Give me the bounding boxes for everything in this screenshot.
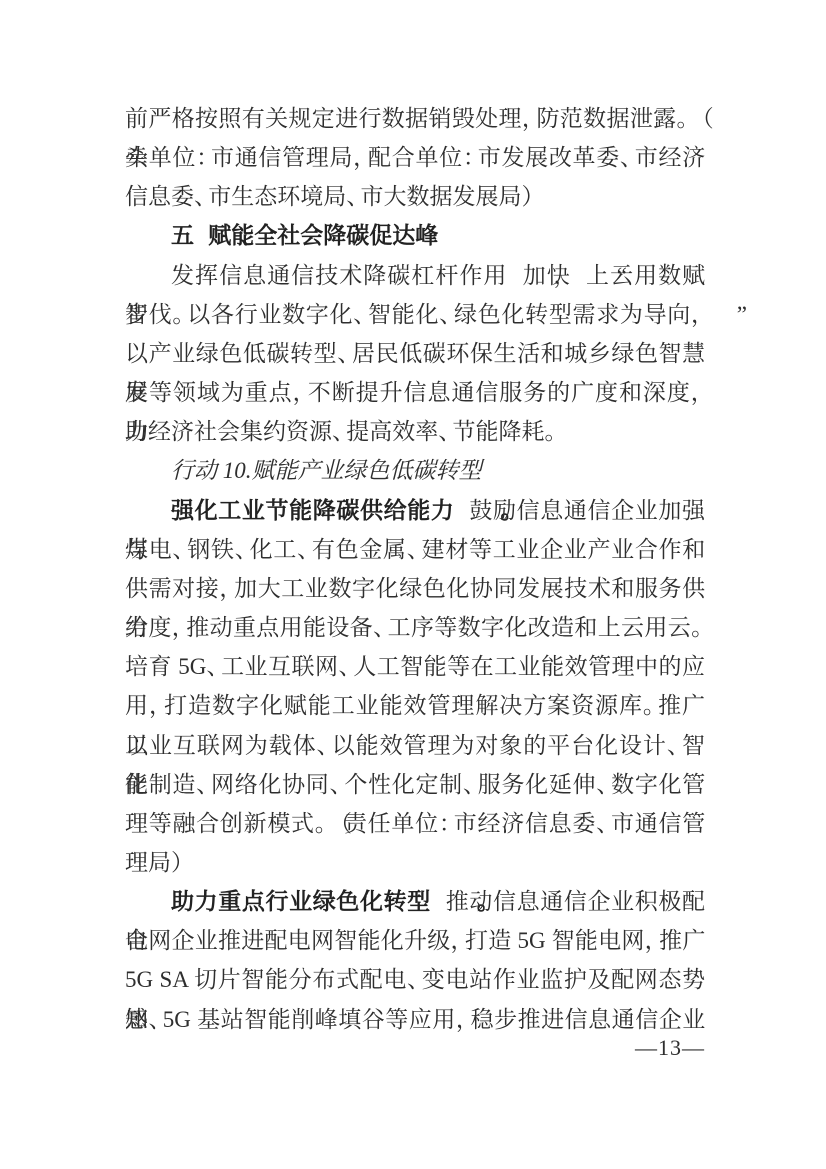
punctuation: ：: [196, 138, 210, 177]
punctuation: ，: [451, 921, 465, 960]
body-text: 煤电、钢铁、化工、有色金属、建材等工业企业产业合作和: [125, 537, 705, 562]
text-line: 知、5G 基站智能削峰填谷等应用，稳步推进信息通信企业: [125, 1000, 705, 1039]
punctuation: 、: [332, 412, 346, 451]
punctuation: 、: [596, 765, 610, 804]
punctuation: 。: [691, 608, 705, 647]
text-line: 化制造、网络化协同、个性化定制、服务化延伸、数字化管: [125, 765, 705, 804]
text-line: 供需对接，加大工业数字化绿色化协同发展技术和服务供给: [125, 569, 705, 608]
punctuation: 、: [338, 647, 352, 686]
punctuation: ）: [171, 843, 185, 882]
text-line: 助力重点行业绿色化转型。推动信息通信企业积极配合: [125, 882, 705, 921]
body-text: 力度，推动重点用能设备、工序等数字化改造和上云用云。: [125, 615, 705, 640]
punctuation: 。: [545, 412, 559, 451]
punctuation: 、: [149, 1000, 163, 1039]
punctuation: 、: [407, 530, 421, 569]
punctuation: ，: [507, 256, 521, 295]
punctuation: 、: [667, 726, 681, 765]
body-text: 电网企业推进配电网智能化升级，打造 5G 智能电网，推广: [125, 928, 705, 953]
punctuation: 、: [235, 530, 249, 569]
bold-heading-text: 五、赋能全社会降碳促达峰: [171, 222, 438, 248]
punctuation: （: [691, 99, 705, 138]
text-line: 培育 5G、工业互联网、人工智能等在工业能效管理中的应: [125, 647, 705, 686]
punctuation: 、: [353, 295, 367, 334]
punctuation: ：: [439, 804, 453, 843]
punctuation: ：: [463, 138, 477, 177]
punctuation: 、: [206, 647, 220, 686]
bold-heading-text: 助力重点行业绿色化转型。: [171, 888, 445, 914]
text-line: 行动 10.赋能产业绿色低碳转型: [125, 451, 705, 490]
punctuation: 。: [172, 295, 186, 334]
punctuation: 、: [172, 530, 186, 569]
text-line: 以产业绿色低碳转型、居民低碳环保生活和城乡绿色智慧发: [125, 334, 705, 373]
text-line: 工业互联网为载体、以能效管理为对象的平台化设计、智能: [125, 726, 705, 765]
document-page: 前严格按照有关规定进行数据销毁处理，防范数据泄露。（牵头单位：市通信管理局，配合…: [0, 0, 826, 1169]
punctuation: 、: [407, 960, 421, 999]
punctuation: ，: [691, 295, 705, 334]
punctuation: 、: [620, 138, 634, 177]
punctuation: 、: [194, 216, 208, 255]
punctuation: 。: [455, 491, 469, 530]
punctuation: 、: [329, 765, 343, 804]
punctuation: 。: [643, 686, 657, 725]
body-text: 知、5G 基站智能削峰填谷等应用，稳步推进信息通信企业: [125, 1007, 705, 1032]
punctuation: ，: [149, 686, 163, 725]
text-line: 信息委、市生态环境局、市大数据发展局）: [125, 177, 705, 216]
bold-heading-text: 强化工业节能降碳供给能力。: [171, 497, 469, 523]
text-line: 力经济社会集约资源、提高效率、节能降耗。: [125, 412, 705, 451]
text-line: 力度，推动重点用能设备、工序等数字化改造和上云用云。: [125, 608, 705, 647]
punctuation: 。: [677, 99, 691, 138]
punctuation: ）: [522, 177, 536, 216]
text-line: 五、赋能全社会降碳促达峰: [125, 216, 705, 255]
text-line: 理局）: [125, 843, 705, 882]
punctuation: （: [329, 804, 343, 843]
punctuation: “: [571, 256, 585, 295]
punctuation: ，: [293, 373, 307, 412]
text-line: 展等领域为重点，不断提升信息通信服务的广度和深度，助: [125, 373, 705, 412]
punctuation: ，: [645, 921, 659, 960]
punctuation: ，: [691, 373, 705, 412]
kaiti-action-text: 行动 10.赋能产业绿色低碳转型: [171, 458, 482, 483]
text-line: 煤电、钢铁、化工、有色金属、建材等工业企业产业合作和: [125, 530, 705, 569]
body-text: 头单位：市通信管理局，配合单位：市发展改革委、市经济: [125, 145, 705, 170]
document-body: 前严格按照有关规定进行数据销毁处理，防范数据泄露。（牵头单位：市通信管理局，配合…: [125, 99, 705, 1039]
punctuation: ，: [172, 608, 186, 647]
body-text: 理局）: [125, 850, 185, 875]
body-text: 培育 5G、工业互联网、人工智能等在工业能效管理中的应: [125, 654, 705, 679]
punctuation: 、: [438, 412, 452, 451]
punctuation: ，: [522, 99, 536, 138]
text-line: 强化工业节能降碳供给能力。鼓励信息通信企业加强与: [125, 491, 705, 530]
text-line: 5G SA 切片智能分布式配电、变电站作业监护及配网态势感: [125, 960, 705, 999]
punctuation: 、: [337, 334, 351, 373]
text-line: 步伐。以各行业数字化、智能化、绿色化转型需求为导向，: [125, 295, 705, 334]
text-line: 发挥信息通信技术降碳杠杆作用，加快“上云用数赋智”: [125, 256, 705, 295]
punctuation: ，: [219, 569, 233, 608]
body-text: 信息委、市生态环境局、市大数据发展局）: [125, 184, 536, 209]
punctuation: 、: [373, 608, 387, 647]
punctuation: ，: [353, 138, 367, 177]
text-line: 头单位：市通信管理局，配合单位：市发展改革委、市经济: [125, 138, 705, 177]
body-text: 化制造、网络化协同、个性化定制、服务化延伸、数字化管: [125, 772, 705, 797]
page-number: —13—: [125, 1034, 705, 1062]
punctuation: 、: [297, 530, 311, 569]
body-text: 力经济社会集约资源、提高效率、节能降耗。: [125, 419, 559, 444]
punctuation: 、: [194, 177, 208, 216]
punctuation: 、: [317, 726, 331, 765]
punctuation: 、: [196, 765, 210, 804]
punctuation: 、: [596, 804, 610, 843]
text-line: 前严格按照有关规定进行数据销毁处理，防范数据泄露。（牵: [125, 99, 705, 138]
punctuation: 。: [431, 882, 445, 921]
punctuation: 、: [463, 765, 477, 804]
text-line: 电网企业推进配电网智能化升级，打造 5G 智能电网，推广: [125, 921, 705, 960]
text-line: 理等融合创新模式。（责任单位：市经济信息委、市通信管: [125, 804, 705, 843]
punctuation: ，: [456, 1000, 470, 1039]
body-text: 理等融合创新模式。（责任单位：市经济信息委、市通信管: [125, 811, 705, 836]
text-line: 用，打造数字化赋能工业能效管理解决方案资源库。推广以: [125, 686, 705, 725]
punctuation: 、: [439, 295, 453, 334]
punctuation: 。: [315, 804, 329, 843]
body-text: 步伐。以各行业数字化、智能化、绿色化转型需求为导向，: [125, 302, 705, 327]
punctuation: 、: [346, 177, 360, 216]
